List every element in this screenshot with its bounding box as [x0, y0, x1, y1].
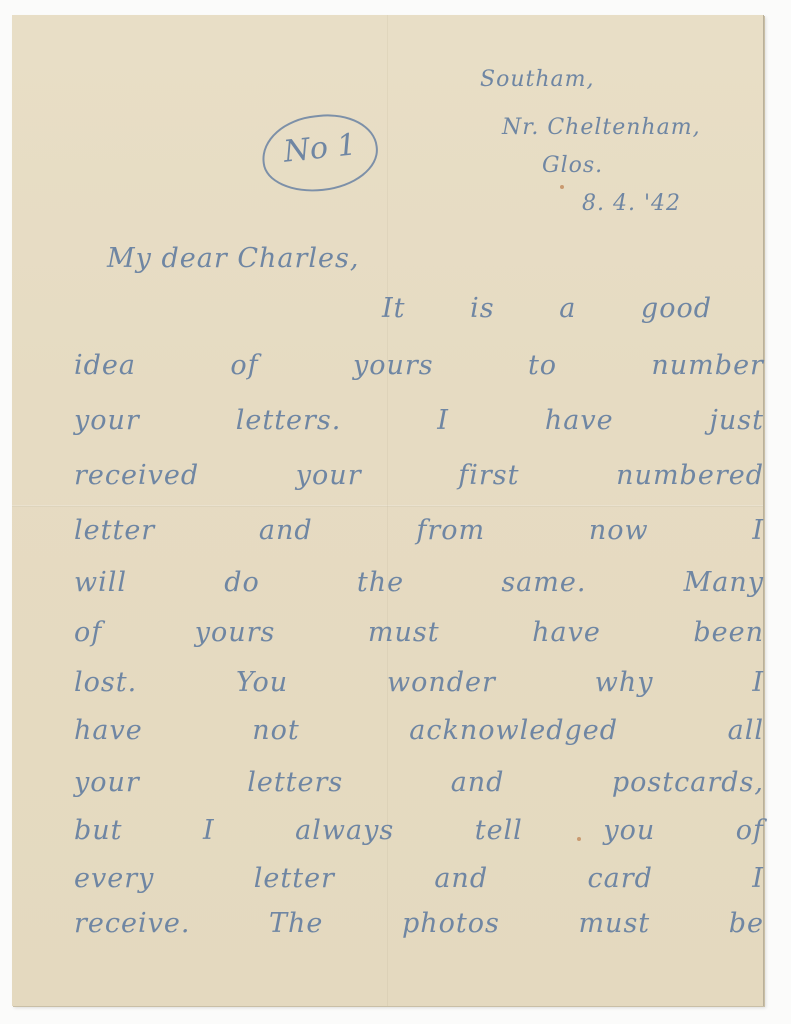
body-line-1: It is a good: [382, 293, 712, 324]
body-line-8: lost. You wonder why I: [74, 667, 764, 698]
vertical-fold-crease: [387, 15, 388, 1006]
body-line-3: your letters. I have just: [74, 405, 764, 436]
body-line-5: letter and from now I: [74, 515, 764, 546]
body-line-10: your letters and postcards,: [74, 767, 764, 798]
body-line-6: will do the same. Many: [74, 567, 764, 598]
address-line-1: Southam,: [480, 67, 594, 92]
body-line-11: but I always tell you of: [74, 815, 764, 846]
letter-page: No 1 Southam, Nr. Cheltenham, Glos. 8. 4…: [12, 15, 764, 1006]
body-line-4: received your first numbered: [74, 460, 764, 491]
salutation: My dear Charles,: [107, 243, 359, 274]
letter-number-circle: No 1: [258, 109, 381, 197]
body-line-2: idea of yours to number: [74, 350, 764, 381]
body-line-9: have not acknowledged all: [74, 715, 764, 746]
paper-stain: [577, 837, 581, 841]
letter-number: No 1: [282, 127, 358, 169]
address-line-3: Glos.: [542, 153, 603, 178]
letter-date: 8. 4. '42: [582, 191, 681, 216]
body-line-13: receive. The photos must be: [74, 908, 764, 939]
body-line-7: of yours must have been: [74, 617, 764, 648]
address-line-2: Nr. Cheltenham,: [502, 115, 701, 140]
body-line-12: every letter and card I: [74, 863, 764, 894]
paper-stain: [560, 185, 564, 189]
